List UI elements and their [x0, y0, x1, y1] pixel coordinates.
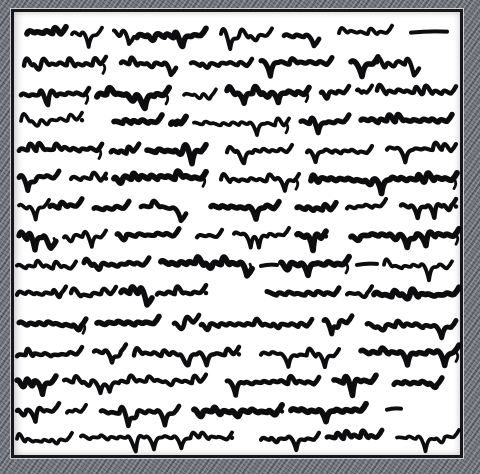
manuscript-paper	[11, 9, 463, 458]
manuscript-scan	[0, 0, 480, 474]
